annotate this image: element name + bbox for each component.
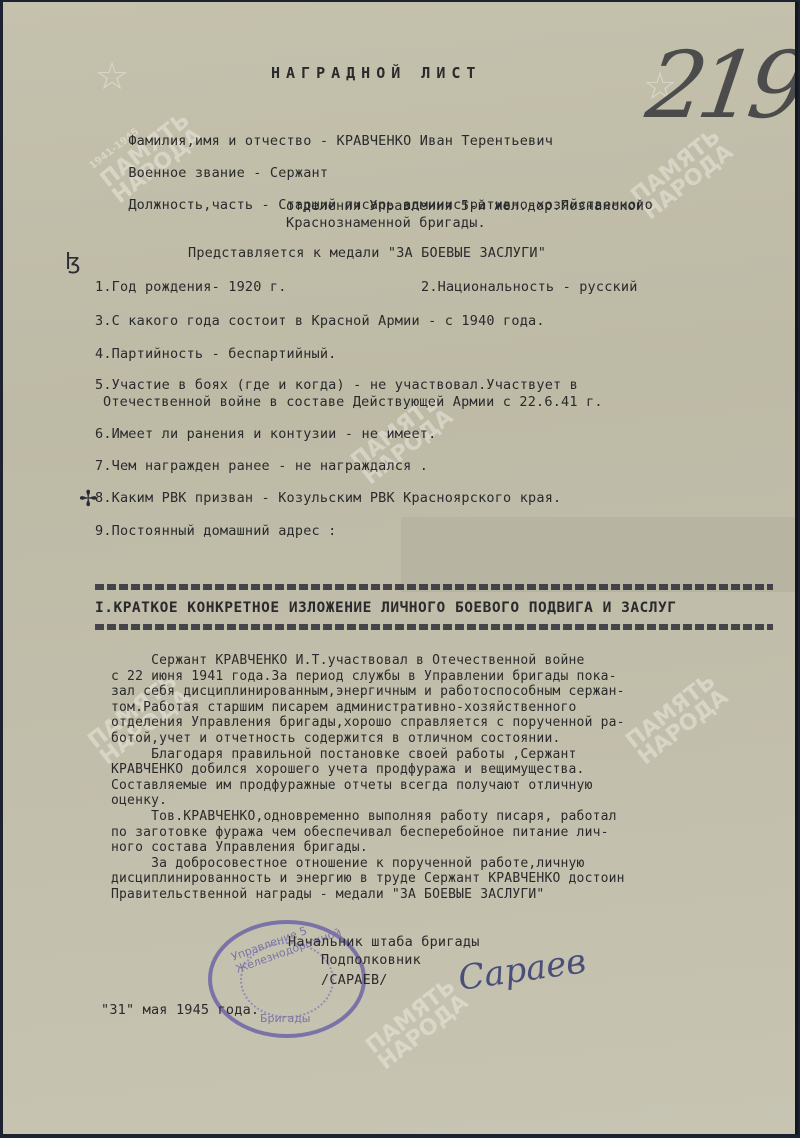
position-label: Должность,часть (128, 197, 253, 213)
rank-value: Сержант (270, 165, 328, 181)
narrative-line: ного состава Управления бригады. (111, 840, 368, 855)
narrative-line: КРАВЧЕНКО добился хорошего учета продфур… (111, 762, 585, 777)
redacted-address (401, 517, 797, 592)
narrative-line: Составляемые им продфуражные отчеты всег… (111, 778, 593, 793)
position-value-line2: отделения Управления 5-й жел.дор.Познанс… (286, 198, 644, 214)
narrative-line: ботой,учет и отчетность содержится в отл… (111, 731, 561, 746)
narrative-line: с 22 июня 1941 года.За период службы в У… (111, 669, 617, 684)
narrative-line: отделения Управления бригады,хорошо спра… (111, 715, 625, 730)
award-sheet-page: ☆ 1941-1945 ПАМЯТЬ НАРОДА ☆ ПАМЯТЬ НАРОД… (3, 2, 798, 1134)
signer-name: /САРАЕВ/ (321, 972, 388, 988)
item-wounds: 6.Имеет ли ранения и контузии - не имеет… (95, 426, 436, 442)
narrative-line: Благодаря правильной постановке своей ра… (111, 747, 577, 762)
narrative-line: Правительственной награды - медали "ЗА Б… (111, 887, 544, 902)
item-birth-year: 1.Год рождения- 1920 г. (95, 279, 287, 295)
narrative-line: оценку. (111, 793, 167, 808)
stamp-text-bottom: Бригады (260, 1012, 311, 1025)
watermark: ПАМЯТЬ НАРОДА (363, 976, 472, 1073)
item-prior-awards: 7.Чем награжден ранее - не награждался . (95, 458, 428, 474)
item-party: 4.Партийность - беспартийный. (95, 346, 337, 362)
item-battles-line1: 5.Участие в боях (где и когда) - не учас… (95, 377, 578, 393)
narrative-line: Тов.КРАВЧЕНКО,одновременно выполняя рабо… (111, 809, 617, 824)
section-title: I.КРАТКОЕ КОНКРЕТНОЕ ИЗЛОЖЕНИЕ ЛИЧНОГО Б… (95, 600, 676, 616)
signer-title: Начальник штаба бригады (288, 934, 480, 950)
narrative-line: дисциплинированность и энергию в труде С… (111, 871, 625, 886)
archive-number: 219 (640, 32, 798, 139)
rank-label: Военное звание (128, 165, 245, 181)
document-title: НАГРАДНОЙ ЛИСТ (271, 64, 481, 82)
divider-rule (95, 624, 773, 630)
signer-rank: Подполковник (321, 952, 421, 968)
item-nationality: 2.Национальность - русский (421, 279, 638, 295)
narrative-line: по заготовке фуража чем обеспечивал бесп… (111, 825, 609, 840)
narrative-line: Сержант КРАВЧЕНКО И.Т.участвовал в Отече… (111, 653, 585, 668)
item-battles-line2: Отечественной войне в составе Действующе… (103, 394, 603, 410)
ink-blot: ɮ (65, 250, 81, 275)
name-label: Фамилия,имя и отчество (128, 133, 311, 149)
narrative-line: зал себя дисциплинированным,энергичным и… (111, 684, 625, 699)
nomination: Представляется к медали "ЗА БОЕВЫЕ ЗАСЛУ… (188, 245, 546, 261)
star-watermark-icon: ☆ (95, 54, 129, 98)
item-home-address: 9.Постоянный домашний адрес : (95, 523, 337, 539)
item-army-since: 3.С какого года состоит в Красной Армии … (95, 313, 545, 329)
watermark: ПАМЯТЬ НАРОДА (623, 671, 732, 768)
position-value-line3: Краснознаменной бригады. (286, 215, 486, 231)
document-date: "31" мая 1945 года. (101, 1002, 259, 1018)
name-value: КРАВЧЕНКО Иван Терентьевич (337, 133, 554, 149)
narrative-line: том.Работая старшим писарем администрати… (111, 700, 577, 715)
divider-rule (95, 584, 773, 590)
item-drafted-by: 8.Каким РВК призван - Козульским РВК Кра… (95, 490, 561, 506)
narrative-line: За добросовестное отношение к порученной… (111, 856, 585, 871)
